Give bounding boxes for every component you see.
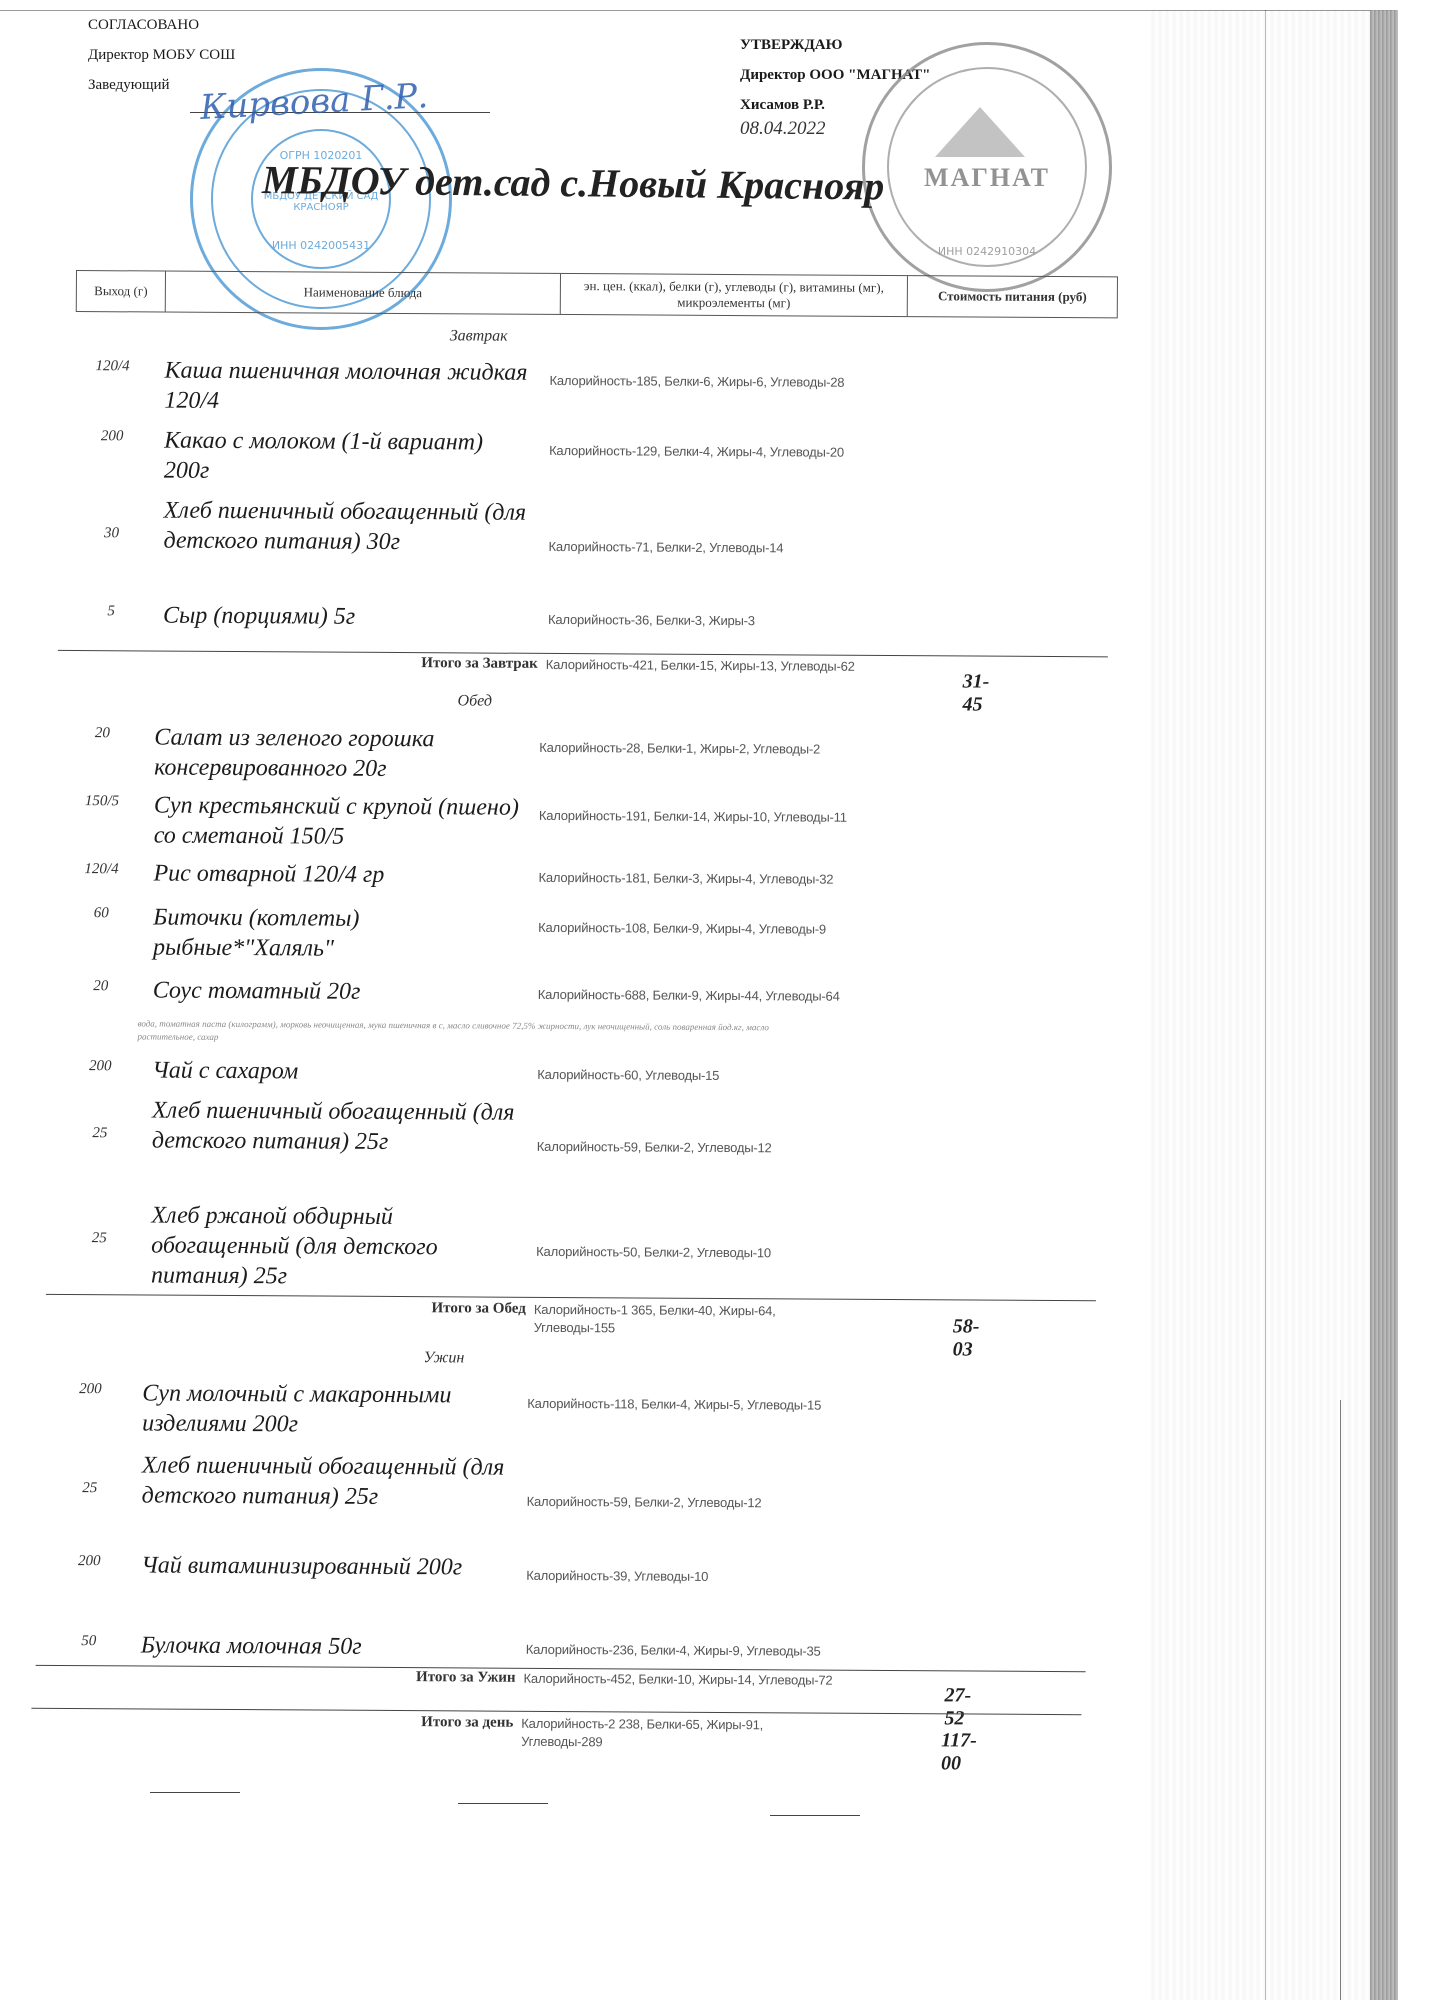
item-yield: 20 (66, 978, 136, 995)
col-nutrition: эн. цен. (ккал), белки (г), углеводы (г)… (561, 274, 908, 316)
item-nutrition: Калорийность-59, Белки-2, Углеводы-12 (537, 1138, 867, 1158)
item-dish-name: Каша пшеничная молочная жидкая 120/4 (164, 356, 534, 418)
section-total-label: Итого за Завтрак (288, 654, 538, 673)
item-yield: 200 (55, 1381, 125, 1398)
section-total-nutrition: Калорийность-421, Белки-15, Жиры-13, Угл… (546, 656, 856, 676)
item-nutrition: Калорийность-36, Белки-3, Жиры-3 (548, 611, 878, 631)
item-yield: 120/4 (66, 861, 136, 878)
col-cost: Стоимость питания (руб) (908, 276, 1117, 317)
item-yield: 25 (64, 1230, 134, 1247)
scan-artifact-line (1265, 10, 1266, 2000)
stamp-inn: ИНН 0242005431 (193, 239, 449, 252)
item-nutrition: Калорийность-118, Белки-4, Жиры-5, Углев… (527, 1395, 857, 1415)
col-dish: Наименование блюда (166, 272, 561, 314)
section-total-cost: 58-03 (953, 1315, 980, 1361)
item-dish-name: Какао с молоком (1-й вариант) 200г (164, 426, 534, 488)
item-nutrition: Калорийность-60, Углеводы-15 (537, 1066, 867, 1086)
item-nutrition: Калорийность-39, Углеводы-10 (526, 1567, 856, 1587)
scanned-menu-page: СОГЛАСОВАНО Директор МОБУ СОШ Заведующий… (0, 0, 1432, 2000)
item-nutrition: Калорийность-191, Белки-14, Жиры-10, Угл… (539, 807, 869, 827)
item-dish-name: Рис отварной 120/4 гр (153, 859, 523, 891)
item-dish-name: Хлеб пшеничный обогащенный (для детского… (152, 1096, 522, 1158)
item-nutrition: Калорийность-236, Белки-4, Жиры-9, Углев… (526, 1641, 856, 1661)
item-nutrition: Калорийность-50, Белки-2, Углеводы-10 (536, 1243, 866, 1263)
item-yield: 25 (65, 1125, 135, 1142)
section-title: Ужин (423, 1349, 464, 1367)
page-title: МБДОУ дет.сад с.Новый Краснояр (262, 156, 885, 210)
item-dish-name: Хлеб ржаной обдирный обогащенный (для де… (151, 1201, 522, 1293)
item-dish-name: Суп молочный с макаронными изделиями 200… (142, 1378, 512, 1440)
item-dish-name: Чай витаминизированный 200г (141, 1550, 511, 1582)
day-total-label: Итого за день (263, 1713, 513, 1732)
section-total-cost: 27-52 (944, 1684, 971, 1730)
mountain-logo-icon (935, 107, 1025, 157)
scan-artifact-line (1340, 1400, 1341, 2000)
item-dish-name: Салат из зеленого горошка консервированн… (154, 723, 524, 785)
item-dish-name: Суп крестьянский с крупой (пшено) со сме… (154, 791, 524, 853)
section-total-label: Итого за Ужин (266, 1668, 516, 1687)
item-yield: 20 (67, 725, 137, 742)
item-dish-name: Сыр (порциями) 5г (163, 601, 533, 633)
item-nutrition: Калорийность-688, Белки-9, Жиры-44, Угле… (538, 986, 868, 1006)
scan-noise (1150, 10, 1370, 2000)
item-nutrition: Калорийность-28, Белки-1, Жиры-2, Углево… (539, 739, 869, 759)
section-total-label: Итого за Обед (276, 1299, 526, 1318)
item-nutrition: Калорийность-108, Белки-9, Жиры-4, Углев… (538, 919, 868, 939)
item-yield: 30 (77, 525, 147, 542)
item-yield: 200 (77, 428, 147, 445)
item-yield: 150/5 (67, 793, 137, 810)
agreed-heading: СОГЛАСОВАНО (88, 14, 235, 44)
item-nutrition: Калорийность-71, Белки-2, Углеводы-14 (548, 538, 878, 558)
agreed-position: Директор МОБУ СОШ (88, 44, 235, 74)
blank-signature-line (770, 1815, 860, 1816)
section-title: Завтрак (450, 327, 508, 345)
item-yield: 120/4 (78, 358, 148, 375)
item-nutrition: Калорийность-181, Белки-3, Жиры-4, Углев… (538, 869, 868, 889)
item-yield: 5 (76, 603, 146, 620)
scanner-edge-shadow (1370, 10, 1398, 2000)
section-total-nutrition: Калорийность-452, Белки-10, Жиры-14, Угл… (524, 1670, 834, 1690)
stamp-brand: МАГНАТ (865, 163, 1109, 193)
day-total-nutrition: Калорийность-2 238, Белки-65, Жиры-91, У… (521, 1715, 831, 1753)
item-yield: 25 (55, 1480, 125, 1497)
item-dish-name: Булочка молочная 50г (141, 1630, 511, 1662)
item-dish-name: Биточки (котлеты) рыбные*"Халяль" (153, 903, 523, 965)
item-yield: 50 (54, 1633, 124, 1650)
item-nutrition: Калорийность-59, Белки-2, Углеводы-12 (527, 1493, 857, 1513)
item-ingredients: вода, томатная паста (килограмм), морков… (137, 1017, 827, 1047)
menu-table-header: Выход (г) Наименование блюда эн. цен. (к… (76, 270, 1118, 318)
item-dish-name: Чай с сахаром (152, 1056, 522, 1088)
item-nutrition: Калорийность-129, Белки-4, Жиры-4, Углев… (549, 442, 879, 462)
col-yield: Выход (г) (77, 271, 166, 312)
blank-signature-line (150, 1792, 240, 1793)
section-title: Обед (458, 692, 493, 710)
item-yield: 200 (65, 1058, 135, 1075)
company-stamp: МАГНАТ ИНН 0242910304 (862, 42, 1112, 292)
stamp-inn: ИНН 0242910304 (865, 245, 1109, 258)
item-yield: 60 (66, 905, 136, 922)
item-dish-name: Соус томатный 20г (153, 976, 523, 1008)
section-total-nutrition: Калорийность-1 365, Белки-40, Жиры-64, У… (534, 1301, 844, 1339)
item-yield: 200 (54, 1553, 124, 1570)
item-nutrition: Калорийность-185, Белки-6, Жиры-6, Углев… (549, 372, 879, 392)
item-dish-name: Хлеб пшеничный обогащенный (для детского… (163, 496, 533, 558)
blank-signature-line (458, 1803, 548, 1804)
day-total-cost: 117-00 (941, 1729, 977, 1775)
approved-heading: УТВЕРЖДАЮ (740, 34, 931, 64)
item-dish-name: Хлеб пшеничный обогащенный (для детского… (142, 1450, 512, 1512)
section-total-cost: 31-45 (962, 670, 989, 716)
